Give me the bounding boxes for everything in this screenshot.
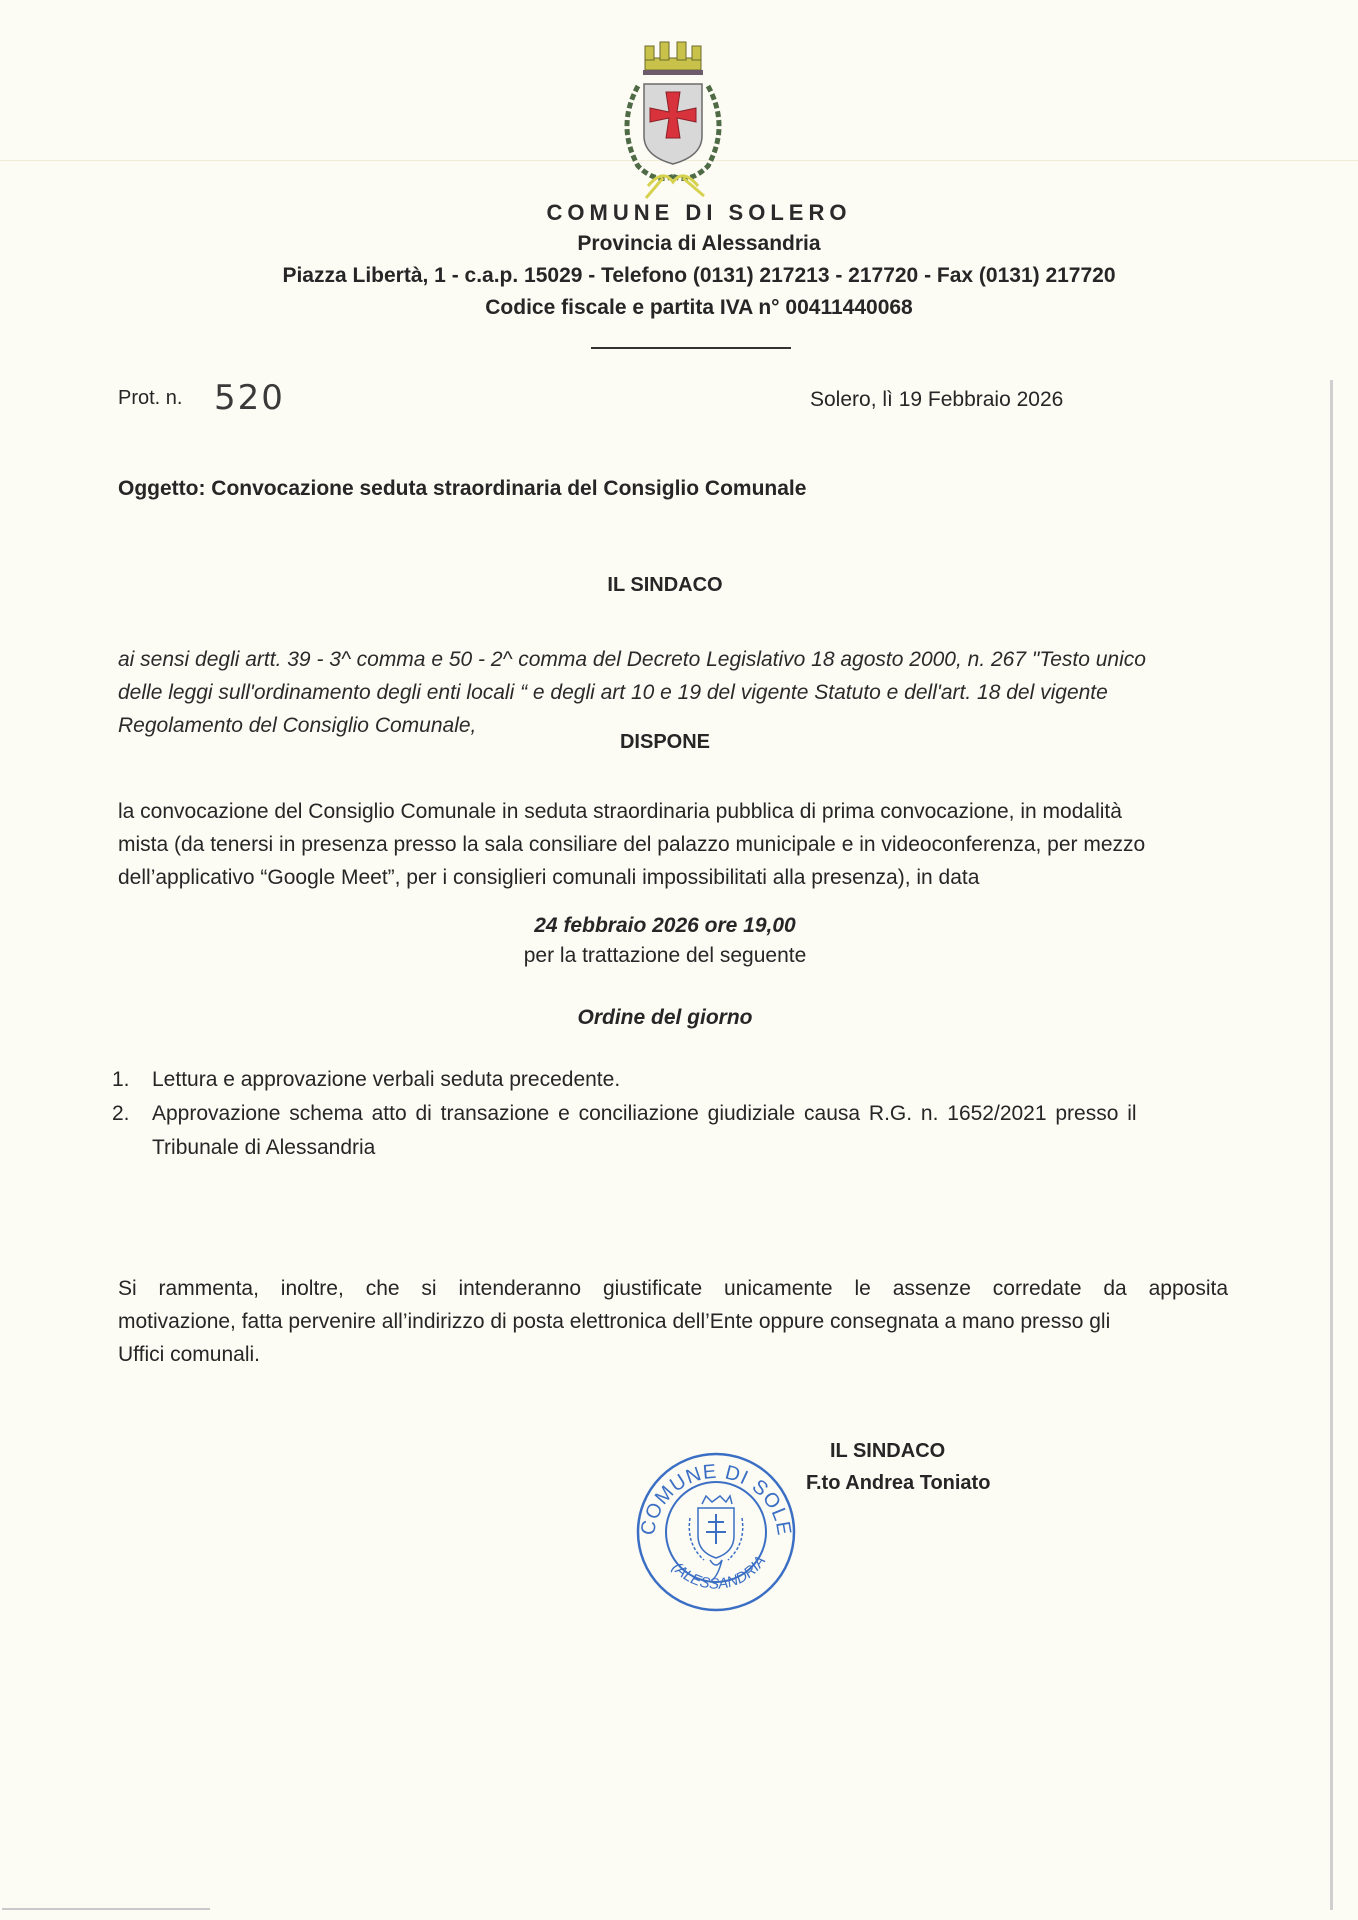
legal-basis-paragraph: ai sensi degli artt. 39 - 3^ comma e 50 …: [118, 643, 1228, 742]
signature-title: IL SINDACO: [830, 1440, 945, 1463]
agenda-item-number: 1.: [112, 1063, 130, 1097]
session-date-time: 24 febbraio 2026 ore 19,00: [0, 914, 1330, 938]
place-date: Solero, lì 19 Febbraio 2026: [810, 388, 1063, 412]
reminder-line: Uffici comunali.: [118, 1338, 1228, 1371]
protocol-number: 520: [214, 378, 285, 418]
agenda-title: Ordine del giorno: [0, 1006, 1330, 1030]
page-edge-right: [1330, 380, 1333, 1910]
address-line: Piazza Libertà, 1 - c.a.p. 15029 - Telef…: [20, 264, 1358, 288]
signature-name: F.to Andrea Toniato: [806, 1472, 990, 1495]
header-divider: [591, 347, 791, 349]
session-subtitle: per la trattazione del seguente: [0, 944, 1330, 968]
subject-line: Oggetto: Convocazione seduta straordinar…: [118, 477, 806, 501]
svg-text:COMUNE DI SOLERO -: COMUNE DI SOLERO -: [632, 1448, 795, 1538]
agenda-item: 2. Approvazione schema atto di transazio…: [112, 1097, 1232, 1165]
municipality-name: COMUNE DI SOLERO: [20, 200, 1358, 226]
legal-basis-line: delle leggi sull'ordinamento degli enti …: [118, 676, 1228, 709]
agenda-item-text: Lettura e approvazione verbali seduta pr…: [152, 1063, 1232, 1097]
coat-of-arms-crest-icon: [608, 36, 738, 206]
protocol-label: Prot. n.: [118, 387, 182, 410]
stamp-top-text: COMUNE DI SOLERO -: [632, 1448, 795, 1538]
reminder-paragraph: Si rammenta, inoltre, che si intenderann…: [118, 1272, 1228, 1371]
agenda-item: 1. Lettura e approvazione verbali seduta…: [112, 1063, 1232, 1097]
mayor-heading: IL SINDACO: [0, 574, 1330, 597]
agenda-item-text: Approvazione schema atto di transazione …: [152, 1097, 1232, 1131]
agenda-list: 1. Lettura e approvazione verbali seduta…: [112, 1063, 1232, 1165]
convocation-line: mista (da tenersi in presenza presso la …: [118, 828, 1228, 861]
page-edge-bottom: [2, 1908, 210, 1910]
convocation-line: la convocazione del Consiglio Comunale i…: [118, 795, 1228, 828]
convocation-paragraph: la convocazione del Consiglio Comunale i…: [118, 795, 1228, 894]
province-name: Provincia di Alessandria: [20, 232, 1358, 256]
agenda-item-number: 2.: [112, 1097, 130, 1131]
agenda-item-text: Tribunale di Alessandria: [152, 1131, 1232, 1165]
official-stamp-icon: COMUNE DI SOLERO - (ALESSANDRIA): [632, 1448, 800, 1616]
tax-id-line: Codice fiscale e partita IVA n° 00411440…: [20, 296, 1358, 320]
reminder-line: motivazione, fatta pervenire all’indiriz…: [118, 1305, 1228, 1338]
legal-basis-line: ai sensi degli artt. 39 - 3^ comma e 50 …: [118, 643, 1228, 676]
reminder-line: Si rammenta, inoltre, che si intenderann…: [118, 1272, 1228, 1305]
disposition-heading: DISPONE: [0, 731, 1330, 754]
convocation-line: dell’applicativo “Google Meet”, per i co…: [118, 861, 1228, 894]
